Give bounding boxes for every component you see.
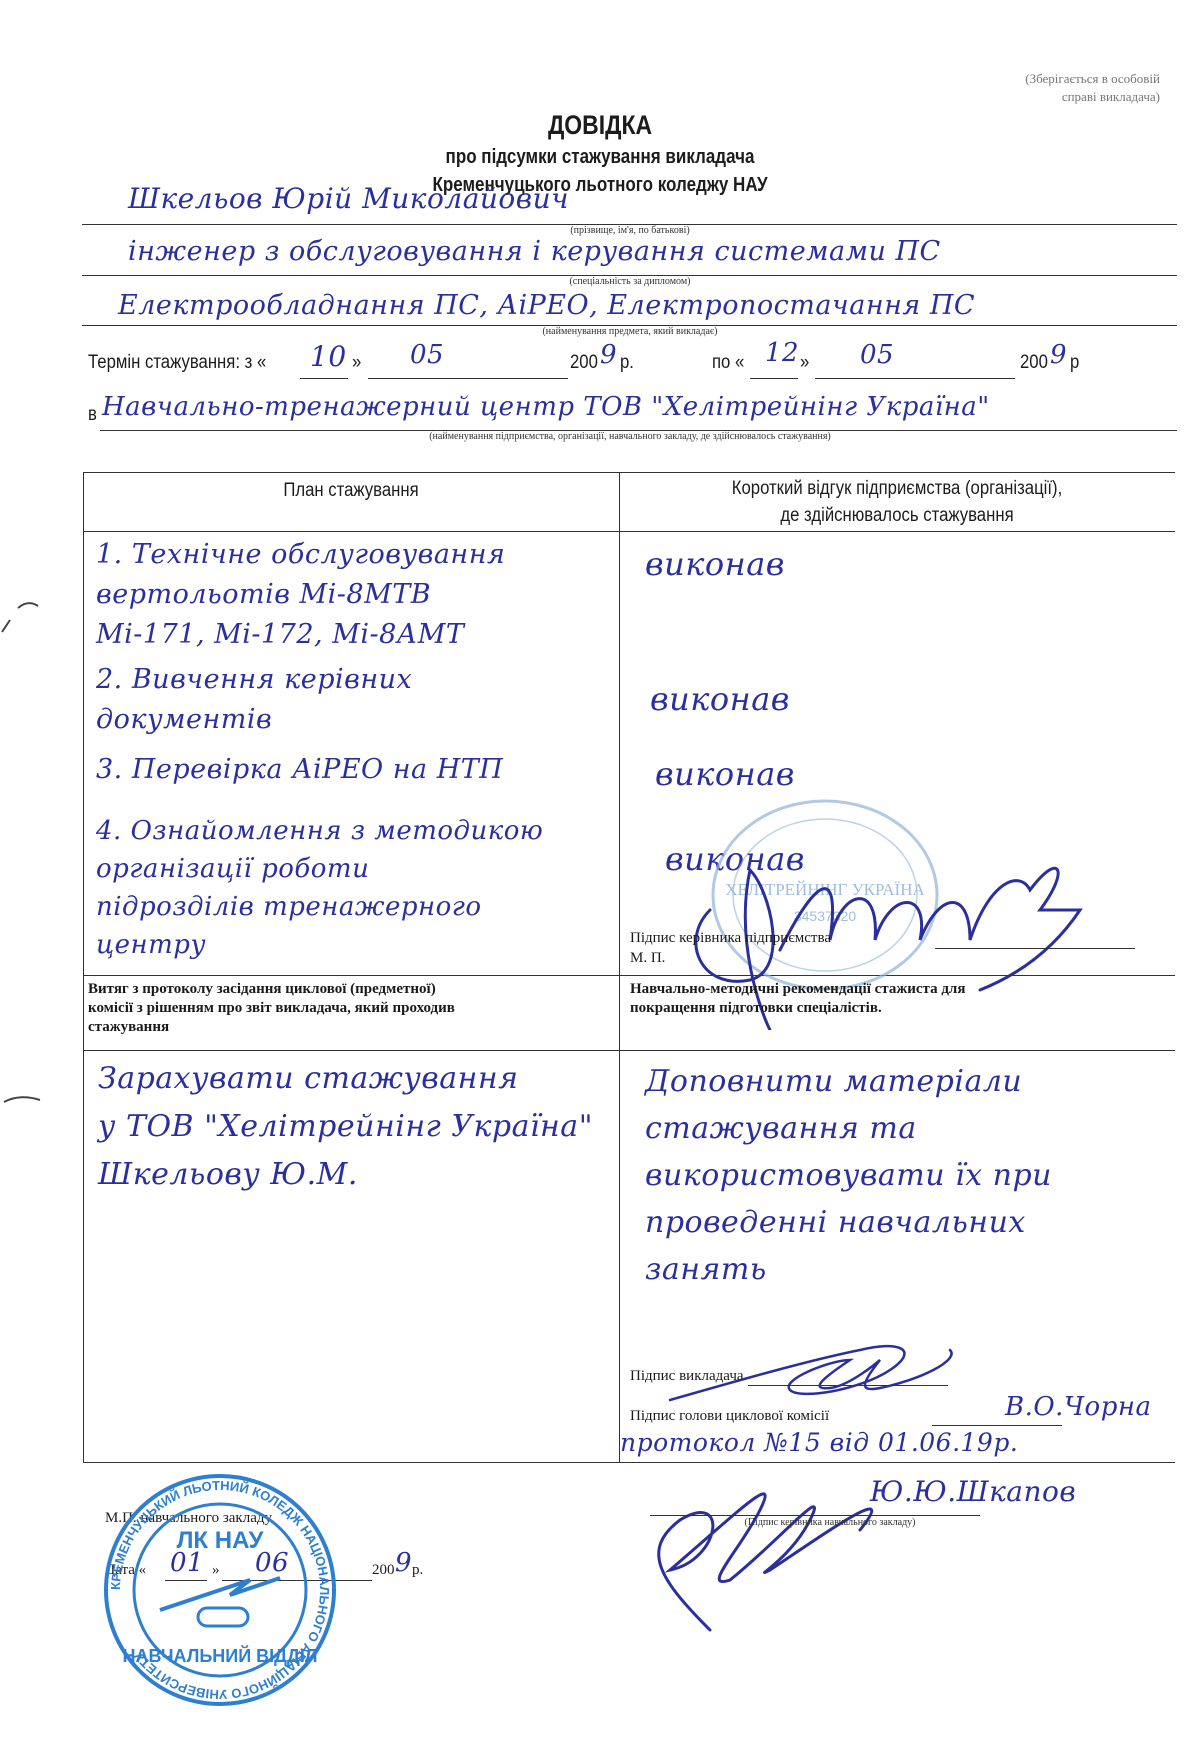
- teacher-signature-line: [748, 1385, 948, 1386]
- storage-note: (Зберігається в особовій справі викладач…: [1025, 70, 1160, 106]
- protocol-decision-line: Шкельову Ю.М.: [98, 1151, 593, 1199]
- subject-caption: (найменування предмета, який викладає): [542, 326, 717, 337]
- enterprise-signature-line: [935, 948, 1135, 949]
- plan-item-3-line: 3. Перевірка АіРЕО на НТП: [96, 750, 503, 790]
- recommendations-line: стажування та: [645, 1105, 1052, 1152]
- teacher-signature-label: Підпис викладача: [630, 1368, 744, 1385]
- feedback-item-1: виконав: [645, 545, 785, 583]
- recommendations-header: Навчально-методичні рекомендації стажист…: [630, 980, 965, 1018]
- plan-item-1-line: 1. Технічне обслуговування: [96, 535, 505, 575]
- margin-mark: [0, 590, 45, 640]
- term-from-year-prefix: 200: [570, 352, 598, 374]
- plan-item-2-line: 2. Вивчення керівних: [96, 660, 412, 700]
- feedback-column-header-line1: Короткий відгук підприємства (організаці…: [652, 478, 1141, 500]
- protocol-header-line: стажування: [88, 1018, 455, 1037]
- date-day-close: »: [212, 1562, 220, 1579]
- full-name-caption: (прізвище, ім'я, по батькові): [570, 225, 689, 236]
- term-from-day-close: »: [352, 352, 361, 374]
- recommendations-line: проведенні навчальних: [645, 1199, 1052, 1246]
- storage-note-line1: (Зберігається в особовій: [1025, 70, 1160, 88]
- term-from-year-hand: 9: [600, 340, 617, 370]
- term-to-year-prefix: 200: [1020, 352, 1048, 374]
- protocol-decision: Зарахувати стажування у ТОВ "Хелітрейнін…: [98, 1055, 593, 1199]
- recommendations-line: занять: [645, 1246, 1052, 1293]
- term-to-day-line: [750, 378, 798, 379]
- table-header-divider: [83, 531, 1175, 532]
- specialty-caption: (спеціальність за дипломом): [569, 276, 690, 287]
- date-year-prefix: 200: [372, 1562, 395, 1579]
- term-to-day: 12: [765, 338, 799, 368]
- storage-note-line2: справі викладача): [1025, 88, 1160, 106]
- full-name-value: Шкельов Юрій Миколайович: [128, 182, 569, 215]
- svg-text:34537320: 34537320: [794, 908, 857, 924]
- date-suffix: р.: [412, 1562, 423, 1579]
- term-from-day-line: [300, 378, 348, 379]
- document-subtitle: про підсумки стажування викладача: [90, 146, 1110, 169]
- plan-item-4-line: підрозділів тренажерного: [96, 888, 543, 926]
- plan-item-4-line: 4. Ознайомлення з методикою: [96, 812, 543, 850]
- place-prefix: в: [88, 404, 97, 426]
- place-value: Навчально-тренажерний центр ТОВ "Хелітре…: [102, 392, 990, 422]
- table-left-border: [83, 472, 84, 1462]
- term-from-year-suffix: р.: [620, 352, 634, 374]
- recommendations-header-line: покращення підготовки спеціалістів.: [630, 999, 965, 1018]
- feedback-item-4: виконав: [665, 840, 805, 878]
- protocol-reference: протокол №15 від 01.06.19р.: [620, 1428, 1018, 1457]
- commission-head-signature-line: [932, 1425, 1062, 1426]
- subject-value: Електрообладнання ПС, АіРЕО, Електропост…: [118, 290, 975, 321]
- college-stamp: КРЕМЕНЧУЦЬКИЙ ЛЬОТНИЙ КОЛЕДЖ НАЦІОНАЛЬНО…: [100, 1470, 340, 1710]
- date-year-hand: 9: [395, 1548, 412, 1578]
- institution-stamp-label: М.П. навчального закладу: [105, 1510, 272, 1527]
- plan-item-4-line: організації роботи: [96, 850, 543, 888]
- svg-text:НАВЧАЛЬНИЙ ВІДДІЛ: НАВЧАЛЬНИЙ ВІДДІЛ: [123, 1645, 318, 1666]
- margin-mark: [0, 1090, 45, 1110]
- protocol-decision-line: у ТОВ "Хелітрейнінг Україна": [98, 1103, 593, 1151]
- term-to-day-close: »: [800, 352, 809, 374]
- plan-item-4: 4. Ознайомлення з методикою організації …: [96, 812, 543, 964]
- table-column-divider: [619, 472, 620, 1462]
- term-to-year-suffix: р: [1070, 352, 1079, 374]
- enterprise-stamp-label: М. П.: [630, 950, 665, 967]
- term-label: Термін стажування: з «: [88, 352, 266, 374]
- document-title: ДОВІДКА: [90, 110, 1110, 141]
- protocol-header: Витяг з протоколу засідання циклової (пр…: [88, 980, 455, 1037]
- director-signature-line: [650, 1515, 980, 1516]
- date-day: 01: [170, 1548, 204, 1578]
- term-to-label: по «: [712, 352, 744, 374]
- term-to-month-line: [815, 378, 1015, 379]
- protocol-header-line: Витяг з протоколу засідання циклової (пр…: [88, 980, 455, 999]
- date-day-line: [165, 1580, 207, 1581]
- protocol-decision-line: Зарахувати стажування: [98, 1055, 593, 1103]
- director-signature: [600, 1440, 1000, 1640]
- feedback-item-2: виконав: [650, 680, 790, 718]
- commission-head-signature-label: Підпис голови циклової комісії: [630, 1408, 829, 1425]
- feedback-column-header-line2: де здійснювалось стажування: [652, 505, 1141, 527]
- recommendations-header-line: Навчально-методичні рекомендації стажист…: [630, 980, 965, 999]
- table-row-divider-1: [83, 975, 1175, 976]
- svg-text:ХЕЛІТРЕЙНІНГ УКРАЇНА: ХЕЛІТРЕЙНІНГ УКРАЇНА: [725, 880, 925, 899]
- plan-item-1-line: вертольотів Мі-8МТВ: [96, 575, 505, 615]
- table-row-divider-2: [83, 1050, 1175, 1051]
- plan-item-1-line: Мі-171, Мі-172, Мі-8АМТ: [96, 615, 505, 655]
- director-name: Ю.Ю.Шкапов: [870, 1475, 1076, 1508]
- table-bottom-border: [83, 1462, 1175, 1463]
- date-month-line: [222, 1580, 372, 1581]
- feedback-item-3: виконав: [655, 755, 795, 793]
- plan-item-2: 2. Вивчення керівних документів: [96, 660, 412, 740]
- commission-head-name: В.О.Чорна: [1005, 1392, 1151, 1422]
- protocol-header-line: комісії з рішенням про звіт викладача, я…: [88, 999, 455, 1018]
- plan-item-3: 3. Перевірка АіРЕО на НТП: [96, 750, 503, 790]
- term-from-month: 05: [410, 340, 444, 370]
- enterprise-stamp: ХЕЛІТРЕЙНІНГ УКРАЇНА 34537320: [705, 795, 945, 995]
- term-from-day: 10: [310, 340, 347, 373]
- date-label: Дата «: [105, 1562, 146, 1579]
- term-to-month: 05: [860, 340, 894, 370]
- recommendations-text: Доповнити матеріали стажування та викори…: [645, 1058, 1052, 1293]
- date-month: 06: [255, 1548, 289, 1578]
- place-caption: (найменування підприємства, організації,…: [429, 431, 831, 442]
- plan-item-2-line: документів: [96, 700, 412, 740]
- enterprise-signature-label: Підпис керівника підприємства: [630, 930, 831, 947]
- specialty-value: інженер з обслуговування і керування сис…: [128, 236, 941, 267]
- director-caption: (Підпис керівника навчального закладу): [745, 1517, 916, 1528]
- term-from-month-line: [368, 378, 568, 379]
- recommendations-line: використовувати їх при: [645, 1152, 1052, 1199]
- term-to-year-hand: 9: [1050, 340, 1067, 370]
- recommendations-line: Доповнити матеріали: [645, 1058, 1052, 1105]
- table-top-border: [83, 472, 1175, 473]
- plan-item-4-line: центру: [96, 926, 543, 964]
- plan-column-header: План стажування: [115, 480, 587, 502]
- plan-item-1: 1. Технічне обслуговування вертольотів М…: [96, 535, 505, 655]
